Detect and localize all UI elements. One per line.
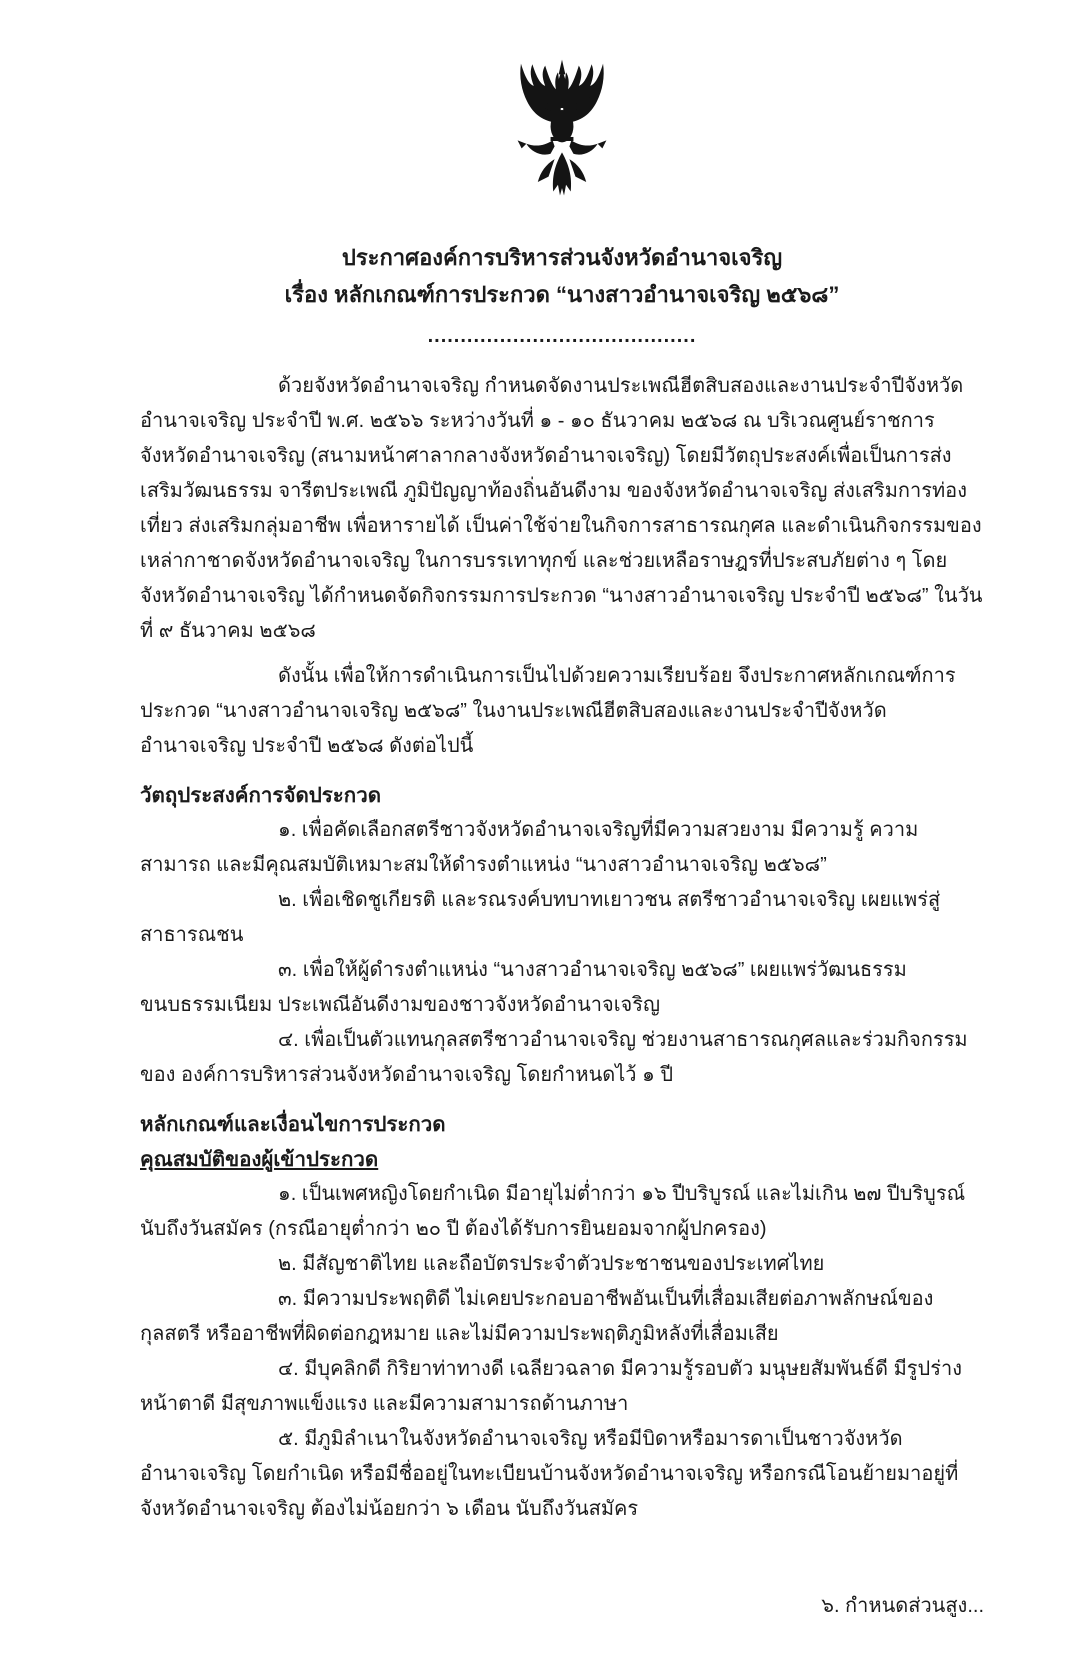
objective-item: ๑. เพื่อคัดเลือกสตรีชาวจังหวัดอำนาจเจริญ… <box>140 813 984 883</box>
objective-item: ๒. เพื่อเชิดชูเกียรติ และรณรงค์บทบาทเยาว… <box>140 883 984 953</box>
page-continuation-note: ๖. กำหนดส่วนสูง... <box>140 1589 984 1624</box>
garuda-emblem-icon <box>488 56 636 226</box>
purpose-paragraph: ดังนั้น เพื่อให้การดำเนินการเป็นไปด้วยคว… <box>140 659 984 764</box>
objective-item: ๓. เพื่อให้ผู้ดำรงตำแหน่ง “นางสาวอำนาจเจ… <box>140 953 984 1023</box>
intro-paragraph: ด้วยจังหวัดอำนาจเจริญ กำหนดจัดงานประเพณี… <box>140 369 984 649</box>
qualification-item: ๔. มีบุคลิกดี กิริยาท่าทางดี เฉลียวฉลาด … <box>140 1352 984 1422</box>
emblem-container <box>140 56 984 231</box>
announcement-subject: เรื่อง หลักเกณฑ์การประกวด “นางสาวอำนาจเจ… <box>140 276 984 313</box>
qualification-item: ๓. มีความประพฤติดี ไม่เคยประกอบอาชีพอันเ… <box>140 1282 984 1352</box>
dotted-divider: ........................................… <box>140 323 984 349</box>
qualification-item: ๑. เป็นเพศหญิงโดยกำเนิด มีอายุไม่ต่ำกว่า… <box>140 1177 984 1247</box>
objective-item: ๔. เพื่อเป็นตัวแทนกุลสตรีชาวอำนาจเจริญ ช… <box>140 1023 984 1093</box>
document-page: ประกาศองค์การบริหารส่วนจังหวัดอำนาจเจริญ… <box>0 0 1076 1664</box>
objectives-heading: วัตถุประสงค์การจัดประกวด <box>140 778 984 813</box>
qualifications-subheading: คุณสมบัติของผู้เข้าประกวด <box>140 1142 984 1177</box>
criteria-heading: หลักเกณฑ์และเงื่อนไขการประกวด <box>140 1107 984 1142</box>
announcement-title: ประกาศองค์การบริหารส่วนจังหวัดอำนาจเจริญ <box>140 239 984 276</box>
qualification-item: ๒. มีสัญชาติไทย และถือบัตรประจำตัวประชาช… <box>140 1247 984 1282</box>
qualification-item: ๕. มีภูมิลำเนาในจังหวัดอำนาจเจริญ หรือมี… <box>140 1422 984 1527</box>
